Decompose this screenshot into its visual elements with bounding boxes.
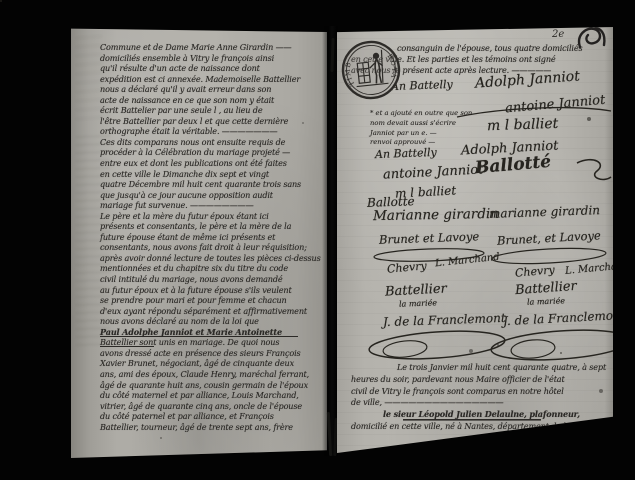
signature: Battellier	[515, 279, 578, 298]
manuscript-line: civil de Vitry le françois sont comparus…	[351, 386, 609, 398]
signature: la mariée	[527, 296, 565, 306]
manuscript-line: vitrier, âgé de quarante cinq ans, oncle…	[100, 401, 312, 412]
signature-flourish	[575, 155, 613, 185]
manuscript-line: future épouse étant de même ici présents…	[100, 232, 312, 243]
signature: Marianne girardin	[373, 206, 499, 224]
manuscript-line: Commune et de Dame Marie Anne Girardin —…	[100, 42, 312, 53]
manuscript-line: expédition est ci annexée. Mademoiselle …	[100, 74, 312, 85]
manuscript-line: quatre Décembre mil huit cent quarante t…	[100, 179, 312, 190]
manuscript-line: nous a déclaré qu'il y avait erreur dans…	[100, 84, 312, 95]
signature: marianne girardin	[489, 203, 600, 221]
manuscript-line: Battellier, tourneur, âgé de trente sept…	[100, 422, 312, 433]
manuscript-line: du côté maternel et par alliance, Louis …	[100, 390, 312, 401]
manuscript-line: d'eux ayant répondu séparément et affirm…	[100, 306, 312, 317]
signature-flourish	[371, 245, 489, 265]
manuscript-line: Xavier Brunet, négociant, âgé de cinquan…	[100, 358, 312, 369]
manuscript-line: en cette ville le Dimanche dix sept et v…	[100, 169, 312, 180]
manuscript-line: l'être Battellier par deux l et que cett…	[100, 116, 312, 127]
bleed-through-smudge	[76, 30, 102, 120]
left-page: Commune et de Dame Marie Anne Girardin —…	[71, 26, 327, 458]
manuscript-line: Le trois Janvier mil huit cent quarante …	[397, 362, 609, 374]
manuscript-line: nous avons déclaré au nom de la loi que	[100, 316, 312, 327]
next-act-opening-lines: Le trois Janvier mil huit cent quarante …	[351, 362, 609, 433]
manuscript-line: au futur époux et à la future épouse s'i…	[100, 285, 312, 296]
signature: antoine Janniot	[383, 162, 484, 182]
signature-flourish	[455, 103, 613, 121]
manuscript-line: orthographe était la véritable. ———————	[100, 126, 312, 137]
manuscript-line: avons dressé acte en présence des sieurs…	[100, 348, 312, 359]
manuscript-line: consentants, nous avons fait droit à leu…	[100, 242, 312, 253]
manuscript-line: se prendre pour mari et pour femme et ch…	[100, 295, 312, 306]
manuscript-line: domicilié en cette ville, né à Nantes, d…	[351, 421, 609, 433]
manuscript-line: âgé de quarante huit ans, cousin germain…	[100, 380, 312, 391]
manuscript-line: qu'il résulte d'un acte de naissance don…	[100, 63, 312, 74]
manuscript-line: ans, ami des époux, Claude Henry, maréch…	[100, 369, 312, 380]
manuscript-text-block: Commune et de Dame Marie Anne Girardin —…	[100, 42, 312, 432]
manuscript-line: procéder à la Célébration du mariage pro…	[100, 147, 312, 158]
manuscript-line: heures du soir, pardevant nous Maire off…	[351, 374, 609, 386]
right-page: consanguin de l'épouse, tous quatre domi…	[337, 27, 613, 453]
manuscript-line: entre eux et dont les publications ont é…	[100, 158, 312, 169]
signature: la mariée	[399, 298, 437, 308]
ink-specks	[0, 0, 2, 2]
margin-note-line: Janniot par un e. —	[370, 129, 490, 139]
timbre-royal-stamp: TIMBRE ROYAL	[337, 35, 405, 105]
signature: An Battelly	[375, 146, 437, 161]
manuscript-line: civil intitulé du mariage, nous avons de…	[100, 274, 312, 285]
manuscript-line: de ville, ———————————————	[351, 397, 609, 409]
manuscript-line: présents et consentants, le père et la m…	[100, 221, 312, 232]
page-number: 2e	[552, 29, 564, 40]
manuscript-line: mentionnées et du chapitre six du titre …	[100, 263, 312, 274]
manuscript-line: domiciliés ensemble à Vitry le françois …	[100, 53, 312, 64]
register-scan: Commune et de Dame Marie Anne Girardin —…	[0, 0, 635, 480]
manuscript-line: écrit Battelier par une seule l , au lie…	[100, 105, 312, 116]
manuscript-line: Paul Adolphe Janniot et Marie Antoinette	[100, 327, 312, 338]
manuscript-line: acte de naissance en ce que son nom y ét…	[100, 95, 312, 106]
manuscript-line: du côté paternel et par alliance, et Fra…	[100, 411, 312, 422]
signature-flourish	[489, 245, 611, 267]
paraph-mark	[574, 25, 608, 53]
manuscript-line: le sieur Léopold Julien Delaulne, plafon…	[383, 409, 609, 421]
signature: Battellier	[385, 281, 448, 299]
manuscript-line: que jusqu'à ce jour aucune opposition au…	[100, 190, 312, 201]
manuscript-line: Le père et la mère du futur époux étant …	[100, 211, 312, 222]
manuscript-line: Battellier sont unis en mariage. De quoi…	[100, 337, 312, 348]
manuscript-line: mariage fut survenue. ————————	[100, 200, 312, 211]
manuscript-line: après avoir donné lecture de toutes les …	[100, 253, 312, 264]
manuscript-line: Ces dits comparans nous ont ensuite requ…	[100, 137, 312, 148]
